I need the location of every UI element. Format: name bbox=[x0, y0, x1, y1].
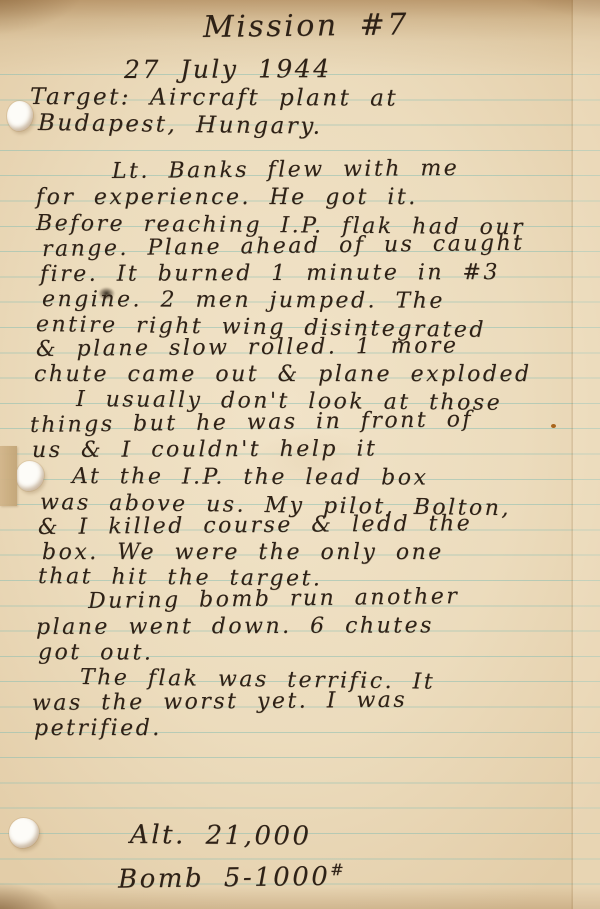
handwritten-line: chute came out & plane exploded bbox=[34, 362, 532, 387]
handwritten-line: got out. bbox=[38, 640, 154, 666]
bomb-load-line: Bomb 5-1000# bbox=[118, 860, 345, 895]
altitude-line: Alt. 21,000 bbox=[130, 820, 312, 852]
handwritten-line: fire. It burned 1 minute in #3 bbox=[40, 260, 500, 287]
handwritten-line: box. We were the only one bbox=[42, 540, 444, 565]
handwriting-layer: Mission #727 July 1944Target: Aircraft p… bbox=[0, 0, 600, 909]
date-line: 27 July 1944 bbox=[124, 54, 332, 84]
handwritten-line: engine. 2 men jumped. The bbox=[42, 287, 445, 314]
notebook-page: Mission #727 July 1944Target: Aircraft p… bbox=[0, 0, 600, 909]
handwritten-line: things but he was in front of bbox=[30, 407, 473, 438]
handwritten-line: & I killed course & ledd the bbox=[38, 511, 472, 540]
handwritten-line: petrified. bbox=[34, 716, 162, 741]
handwritten-line: for experience. He got it. bbox=[36, 185, 418, 210]
handwritten-line: plane went down. 6 chutes bbox=[36, 613, 434, 640]
handwritten-line: range. Plane ahead of us caught bbox=[42, 231, 525, 262]
target-line-2: Budapest, Hungary. bbox=[38, 110, 323, 140]
handwritten-line: Lt. Banks flew with me bbox=[112, 156, 459, 184]
target-line-1: Target: Aircraft plant at bbox=[30, 84, 398, 112]
handwritten-line: During bomb run another bbox=[88, 584, 460, 614]
handwritten-line: At the I.P. the lead box bbox=[72, 464, 428, 491]
title-line: Mission #7 bbox=[203, 7, 409, 45]
handwritten-line: was the worst yet. I was bbox=[32, 688, 407, 716]
handwritten-line: & plane slow rolled. 1 more bbox=[36, 333, 459, 362]
handwritten-line: us & I couldn't help it bbox=[32, 436, 377, 463]
